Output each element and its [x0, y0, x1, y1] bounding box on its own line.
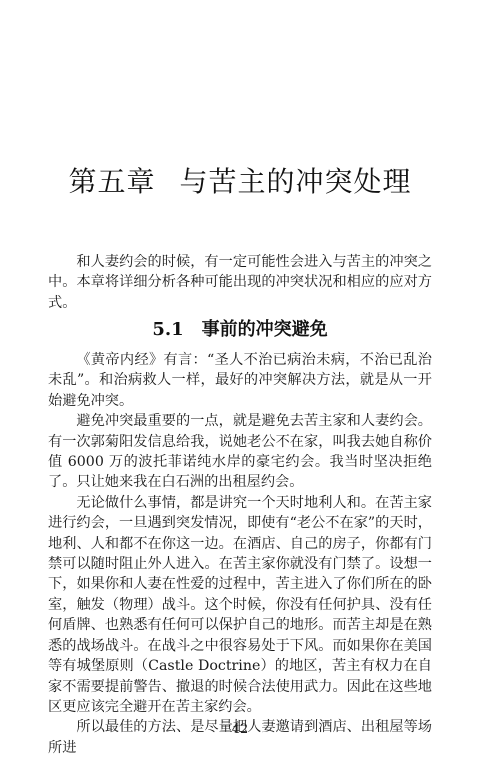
section-heading: 5.1事前的冲突避免	[0, 318, 480, 342]
intro-block: 和人妻约会的时候，有一定可能性会进入与苦主的冲突之中。本章将详细分析各种可能出现…	[48, 252, 432, 313]
section-body: 《黄帝内经》有言：“圣人不治已病治未病，不治已乱治未乱”。和治病救人一样，最好的…	[48, 350, 432, 758]
chapter-number: 第五章	[68, 165, 155, 198]
body-paragraph-3: 无论做什么事情，都是讲究一个天时地利人和。在苦主家进行约会，一旦遇到突发情况，即…	[48, 493, 432, 717]
page-number: 42	[0, 722, 480, 738]
document-page: 第五章与苦主的冲突处理 和人妻约会的时候，有一定可能性会进入与苦主的冲突之中。本…	[0, 0, 480, 768]
body-paragraph-2: 避免冲突最重要的一点，就是避免去苦主家和人妻约会。有一次郭菊阳发信息给我，说她老…	[48, 411, 432, 493]
chapter-title-text: 与苦主的冲突处理	[180, 165, 412, 198]
intro-paragraph: 和人妻约会的时候，有一定可能性会进入与苦主的冲突之中。本章将详细分析各种可能出现…	[48, 252, 432, 313]
body-paragraph-1: 《黄帝内经》有言：“圣人不治已病治未病，不治已乱治未乱”。和治病救人一样，最好的…	[48, 350, 432, 411]
section-title-text: 事前的冲突避免	[202, 319, 328, 340]
chapter-title: 第五章与苦主的冲突处理	[0, 164, 480, 200]
section-number: 5.1	[152, 319, 183, 340]
